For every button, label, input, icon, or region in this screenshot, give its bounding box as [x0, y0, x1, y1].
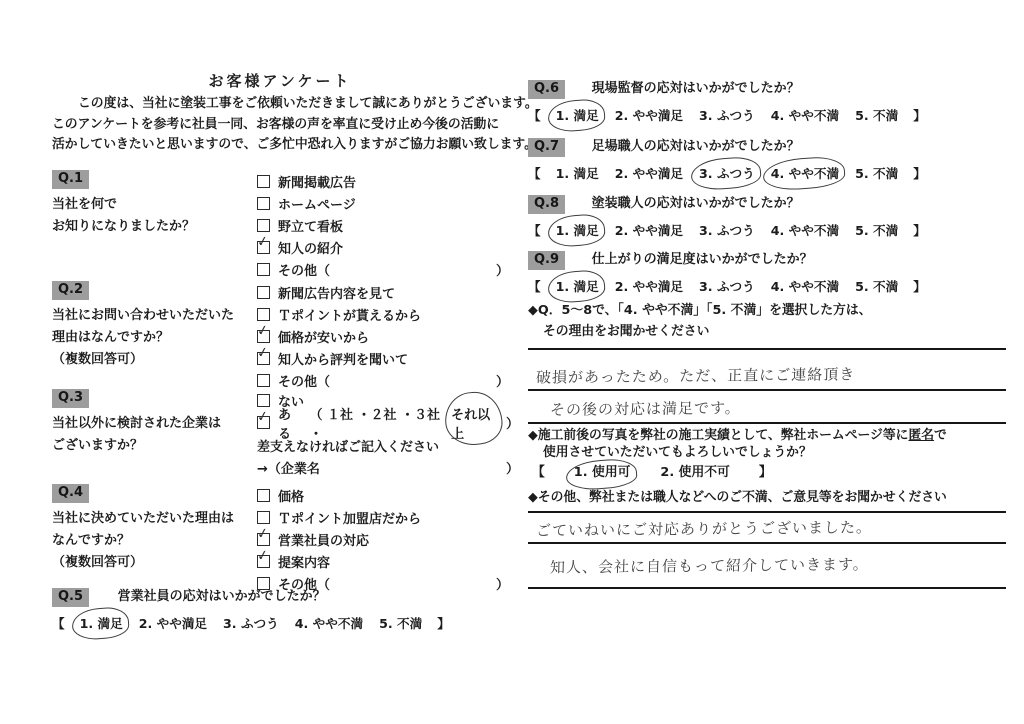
option-label: Ｔポイントが貰えるから	[278, 305, 421, 324]
q9-question: 仕上がりの満足度はいかがでしたか？	[592, 252, 813, 267]
bracket-open: 【	[52, 613, 65, 632]
reason-answer-area[interactable]: 破損があったため。ただ、正直にご連絡頂き その後の対応は満足です。	[528, 348, 1006, 424]
bracket-open: 【	[528, 105, 541, 124]
bracket-close: 】	[913, 276, 926, 295]
q1-label: Q.1	[52, 170, 89, 189]
photo-permission-options: 【 1. 使用可 2. 使用不可 】	[528, 465, 1010, 482]
handwritten-reason-line2: その後の対応は満足です。	[536, 397, 741, 420]
photo-permission-line2: 使用させていただいてもよろしいでしょうか？	[528, 445, 1010, 462]
question-block-q7: Q.7 足場職人の応対はいかがでしたか？ 【 1. 満足 2. やや満足 3. …	[528, 135, 1010, 182]
bracket-open: 【	[532, 465, 545, 482]
q5-option-1[interactable]: 1. 満足	[79, 613, 124, 632]
q3-option-yes[interactable]: ある （ １社 ・２社 ・３社 ・ それ以上 ）	[257, 412, 519, 434]
checkbox-icon[interactable]	[257, 175, 270, 188]
handwritten-comment-line1: ごていねいにご対応ありがとうございました。	[536, 516, 873, 541]
option-label: 知人から評判を聞いて	[278, 349, 408, 368]
q2-option-reputation[interactable]: 知人から評判を聞いて	[257, 347, 509, 369]
q4-label: Q.4	[52, 484, 89, 503]
question-block-q3: Q.3 当社以外に検討された企業は ございますか？ ない ある （ １社 ・２社…	[52, 389, 510, 457]
q7-option-1[interactable]: 1. 満足	[555, 163, 600, 182]
q4-option-sales-response[interactable]: 営業社員の対応	[257, 529, 509, 551]
q6-option-3[interactable]: 3. ふつう	[698, 105, 756, 124]
q1-option-other[interactable]: その他（ ）	[257, 258, 509, 280]
paren-close: ）	[496, 371, 509, 390]
q3-note-text: 差支えなければご記入ください	[257, 436, 439, 455]
q7-rating-scale: 【 1. 満足 2. やや満足 3. ふつう 4. やや不満 5. 不満 】	[528, 163, 1010, 182]
q6-option-2[interactable]: 2. やや満足	[614, 105, 684, 124]
bracket-close: 】	[913, 163, 926, 182]
bracket-open: 【	[528, 276, 541, 295]
intro-paragraph: この度は、当社に塗装工事をご依頼いただきまして誠にありがとうございます。 このア…	[52, 94, 568, 156]
option-label: 価格	[278, 486, 304, 505]
q3-company-name-field[interactable]: →（企業名 ）	[257, 457, 519, 479]
checkbox-icon[interactable]	[257, 394, 270, 407]
question-block-q5: Q.5 営業社員の応対はいかがでしたか？ 【 1. 満足 2. やや満足 3. …	[52, 585, 522, 632]
option-label: その他（	[278, 260, 330, 279]
option-label: ホームページ	[278, 194, 356, 213]
bracket-close: 】	[913, 105, 926, 124]
q4-option-proposal[interactable]: 提案内容	[257, 550, 509, 572]
paren-close: ）	[506, 413, 519, 432]
photo-option-not-allowed[interactable]: 2. 使用不可	[659, 465, 730, 482]
paren-close: ）	[506, 458, 519, 477]
ruled-line[interactable]: ごていねいにご対応ありがとうございました。	[528, 513, 1006, 544]
other-comments-heading: ◆その他、弊社または職人などへのご不満、ご意見等をお聞かせください	[528, 487, 1010, 508]
q2-option-tpoint[interactable]: Ｔポイントが貰えるから	[257, 304, 509, 326]
q7-option-5[interactable]: 5. 不満	[854, 163, 899, 182]
intro-line: 活かしていきたいと思いますので、ご多忙中恐れ入りますがご協力お願い致します。	[52, 135, 568, 156]
q6-option-4[interactable]: 4. やや不満	[770, 105, 840, 124]
paren-close: ）	[496, 260, 509, 279]
checkbox-icon[interactable]	[257, 263, 270, 276]
q4-option-price[interactable]: 価格	[257, 485, 509, 507]
option-label: 価格が安いから	[278, 327, 369, 346]
checkbox-icon[interactable]	[257, 219, 270, 232]
reason-note-line: その理由をお聞かせください	[528, 321, 1010, 342]
q4-options: 価格 Ｔポイント加盟店だから 営業社員の対応 提案内容 その他（ ）	[257, 485, 509, 594]
bracket-open: 【	[528, 163, 541, 182]
circled-answer-more-than-three[interactable]: それ以上	[451, 404, 498, 442]
q9-option-3[interactable]: 3. ふつう	[698, 276, 756, 295]
q6-question: 現場監督の応対はいかがでしたか？	[592, 81, 800, 96]
q7-label: Q.7	[528, 138, 565, 157]
q9-option-2[interactable]: 2. やや満足	[614, 276, 684, 295]
photo-permission-section: ◆施工前後の写真を弊社の施工実績として、弊社ホームページ等に匿名で 使用させてい…	[528, 428, 1010, 482]
ruled-line[interactable]: 知人、会社に自信もって紹介していきます。	[528, 544, 1006, 589]
q9-label: Q.9	[528, 251, 565, 270]
checkbox-icon[interactable]	[257, 308, 270, 321]
checkbox-icon[interactable]	[257, 197, 270, 210]
q5-option-3[interactable]: 3. ふつう	[222, 613, 280, 632]
option-label: Ｔポイント加盟店だから	[278, 508, 421, 527]
checkbox-icon[interactable]	[257, 511, 270, 524]
checkbox-icon[interactable]	[257, 286, 270, 299]
reason-note: ◆Q．5～8で、「4. やや不満」「5. 不満」を選択した方は、 その理由をお聞…	[528, 300, 1010, 342]
q5-rating-scale: 【 1. 満足 2. やや満足 3. ふつう 4. やや不満 5. 不満 】	[52, 613, 522, 632]
q8-option-4[interactable]: 4. やや不満	[770, 220, 840, 239]
anonymous-emphasis: 匿名	[908, 428, 934, 443]
q3-company-name-label: →（企業名	[257, 458, 320, 477]
q9-option-1[interactable]: 1. 満足	[555, 276, 600, 295]
q8-label: Q.8	[528, 195, 565, 214]
q1-options: 新聞掲載広告 ホームページ 野立て看板 知人の紹介 その他（ ）	[257, 171, 509, 280]
q5-option-2[interactable]: 2. やや満足	[138, 613, 208, 632]
q7-option-2[interactable]: 2. やや満足	[614, 163, 684, 182]
handwritten-reason-line1: 破損があったため。ただ、正直にご連絡頂き	[536, 363, 856, 387]
checkbox-icon[interactable]	[257, 352, 270, 365]
question-block-q9: Q.9 仕上がりの満足度はいかがでしたか？ 【 1. 満足 2. やや満足 3.…	[528, 248, 1010, 295]
q2-option-newspaper[interactable]: 新聞広告内容を見て	[257, 282, 509, 304]
question-block-q2: Q.2 当社にお問い合わせいただいた 理由はなんですか？ （複数回答可） 新聞広…	[52, 281, 510, 370]
q6-label: Q.6	[528, 80, 565, 99]
q7-option-4[interactable]: 4. やや不満	[770, 163, 840, 182]
q8-rating-scale: 【 1. 満足 2. やや満足 3. ふつう 4. やや不満 5. 不満 】	[528, 220, 1010, 239]
q8-option-1[interactable]: 1. 満足	[555, 220, 600, 239]
q2-option-cheap-price[interactable]: 価格が安いから	[257, 326, 509, 348]
q8-option-3[interactable]: 3. ふつう	[698, 220, 756, 239]
q8-option-2[interactable]: 2. やや満足	[614, 220, 684, 239]
option-label: 野立て看板	[278, 216, 343, 235]
question-block-q8: Q.8 塗装職人の応対はいかがでしたか？ 【 1. 満足 2. やや満足 3. …	[528, 192, 1010, 239]
q1-option-referral[interactable]: 知人の紹介	[257, 236, 509, 258]
q9-rating-scale: 【 1. 満足 2. やや満足 3. ふつう 4. やや不満 5. 不満 】	[528, 276, 1010, 295]
photo-option-allowed[interactable]: 1. 使用可	[573, 465, 632, 482]
bracket-open: 【	[528, 220, 541, 239]
survey-scan-page: お客様アンケート この度は、当社に塗装工事をご依頼いただきまして誠にありがとうご…	[0, 0, 1024, 724]
q5-option-5[interactable]: 5. 不満	[378, 613, 423, 632]
question-block-q1: Q.1 当社を何で お知りになりましたか？ 新聞掲載広告 ホームページ 野立て看…	[52, 170, 510, 238]
checkbox-icon[interactable]	[257, 555, 270, 568]
ruled-line[interactable]: その後の対応は満足です。	[528, 391, 1006, 424]
checkbox-icon[interactable]	[257, 416, 270, 429]
checkbox-icon[interactable]	[257, 330, 270, 343]
intro-line: このアンケートを参考に社員一同、お客様の声を率直に受け止め今後の活動に	[52, 115, 568, 136]
question-block-q4: Q.4 当社に決めていただいた理由は なんですか？ （複数回答可） 価格 Ｔポイ…	[52, 484, 510, 573]
q5-question: 営業社員の応対はいかがでしたか？	[118, 589, 326, 604]
option-label: 新聞広告内容を見て	[278, 283, 395, 302]
q7-question: 足場職人の応対はいかがでしたか？	[592, 139, 800, 154]
checkbox-icon[interactable]	[257, 241, 270, 254]
q9-option-5[interactable]: 5. 不満	[854, 276, 899, 295]
q5-option-4[interactable]: 4. やや不満	[294, 613, 364, 632]
ruled-line[interactable]: 破損があったため。ただ、正直にご連絡頂き	[528, 350, 1006, 391]
q7-option-3[interactable]: 3. ふつう	[698, 163, 756, 182]
q2-option-other[interactable]: その他（ ）	[257, 369, 509, 391]
q2-options: 新聞広告内容を見て Ｔポイントが貰えるから 価格が安いから 知人から評判を聞いて…	[257, 282, 509, 391]
option-label: 新聞掲載広告	[278, 172, 356, 191]
q9-option-4[interactable]: 4. やや不満	[770, 276, 840, 295]
option-label: 提案内容	[278, 552, 330, 571]
checkbox-icon[interactable]	[257, 489, 270, 502]
q6-option-5[interactable]: 5. 不満	[854, 105, 899, 124]
q2-label: Q.2	[52, 281, 89, 300]
checkbox-icon[interactable]	[257, 533, 270, 546]
option-label: その他（	[278, 371, 330, 390]
bracket-close: 】	[913, 220, 926, 239]
q8-option-5[interactable]: 5. 不満	[854, 220, 899, 239]
page-title: お客様アンケート	[0, 70, 560, 91]
question-block-q6: Q.6 現場監督の応対はいかがでしたか？ 【 1. 満足 2. やや満足 3. …	[528, 77, 1010, 124]
option-label: 営業社員の対応	[278, 530, 369, 549]
reason-note-line: ◆Q．5～8で、「4. やや不満」「5. 不満」を選択した方は、	[528, 300, 1010, 321]
checkbox-icon[interactable]	[257, 374, 270, 387]
q8-question: 塗装職人の応対はいかがでしたか？	[592, 196, 800, 211]
photo-permission-line1: ◆施工前後の写真を弊社の施工実績として、弊社ホームページ等に匿名で	[528, 428, 1010, 445]
q1-option-newspaper-ad[interactable]: 新聞掲載広告	[257, 171, 509, 193]
q1-option-signboard[interactable]: 野立て看板	[257, 215, 509, 237]
handwritten-comment-line2: 知人、会社に自信もって紹介していきます。	[536, 553, 869, 577]
q6-option-1[interactable]: 1. 満足	[555, 105, 600, 124]
intro-line: この度は、当社に塗装工事をご依頼いただきまして誠にありがとうございます。	[52, 94, 568, 115]
bracket-close: 】	[437, 613, 450, 632]
q3-label: Q.3	[52, 389, 89, 408]
q6-rating-scale: 【 1. 満足 2. やや満足 3. ふつう 4. やや不満 5. 不満 】	[528, 105, 1010, 124]
other-comments-area[interactable]: ごていねいにご対応ありがとうございました。 知人、会社に自信もって紹介していきま…	[528, 511, 1006, 589]
q5-label: Q.5	[52, 588, 89, 607]
q1-option-homepage[interactable]: ホームページ	[257, 193, 509, 215]
q3-options: ない ある （ １社 ・２社 ・３社 ・ それ以上 ） 差支えなければご記入くだ…	[257, 390, 519, 478]
bracket-close: 】	[759, 465, 772, 482]
q4-option-tpoint-member[interactable]: Ｔポイント加盟店だから	[257, 507, 509, 529]
option-label: 知人の紹介	[278, 238, 343, 257]
